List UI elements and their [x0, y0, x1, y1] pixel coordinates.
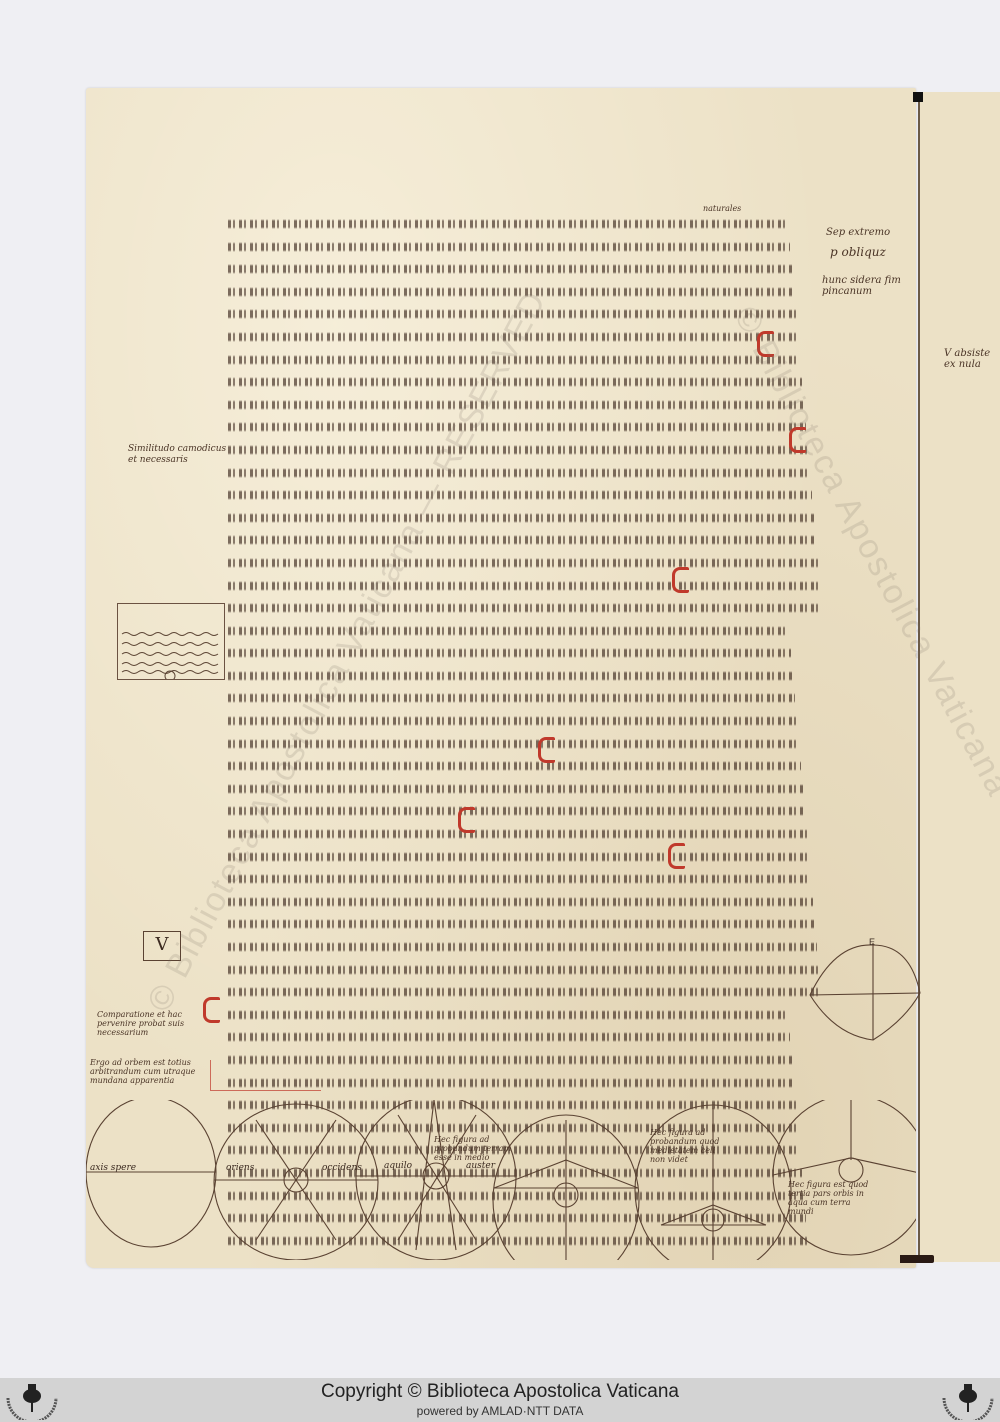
handwriting [228, 874, 811, 884]
rubricated-initial [668, 843, 685, 869]
handwriting [228, 648, 791, 658]
handwriting [228, 1010, 788, 1020]
manuscript-text-line [228, 371, 823, 394]
handwriting [228, 468, 810, 478]
handwriting [228, 581, 820, 591]
handwriting [228, 761, 801, 771]
diagram-caption: Hec figura ad probandum terram esse in m… [434, 1135, 524, 1162]
manuscript-text-line [228, 507, 823, 530]
handwriting [228, 942, 817, 952]
right-margin-note: hunc sidera fim pincanum [822, 275, 902, 297]
rubricated-initial [458, 807, 475, 833]
handwriting [228, 784, 803, 794]
manuscript-text-line [228, 823, 823, 846]
diagram-label: aquilo [384, 1161, 413, 1171]
handwriting [228, 829, 807, 839]
diagram-caption: Hec figura est quod tertia pars orbis in… [788, 1180, 878, 1216]
vatican-library-logo-left [2, 1380, 62, 1420]
manuscript-text-line [228, 981, 823, 1004]
diagram-caption: Hec figura ad probandum quod medietatem … [650, 1128, 725, 1164]
left-margin-note: Comparatione et hac pervenire probat sui… [97, 1010, 217, 1037]
manuscript-text-line [228, 913, 823, 936]
rubricated-initial [538, 737, 555, 763]
left-margin-note: Similitudo camodicus et necessaris [128, 444, 228, 466]
handwriting [228, 400, 804, 410]
manuscript-text-line [228, 1004, 823, 1027]
handwriting [228, 490, 812, 500]
handwriting [228, 422, 806, 432]
manuscript-text-line [228, 891, 823, 914]
manuscript-text-line [228, 484, 823, 507]
manuscript-text-line [228, 258, 823, 281]
manuscript-text-line [228, 778, 823, 801]
powered-by-text: powered by AMLAD·NTT DATA [0, 1404, 1000, 1418]
handwriting [228, 445, 808, 455]
manuscript-text-line [228, 642, 823, 665]
diagram-label: occidens [322, 1163, 362, 1173]
manuscript-text-line [228, 552, 823, 575]
handwriting [228, 626, 789, 636]
right-margin-note: p obliquz [830, 247, 886, 258]
handwriting [228, 987, 821, 997]
manuscript-text-line [228, 213, 823, 236]
bottom-left-note: Ergo ad orbem est totius arbitrandum cum… [90, 1058, 215, 1085]
handwriting [228, 287, 794, 297]
manuscript-text-line [228, 846, 823, 869]
handwriting [228, 513, 814, 523]
wave-lines-drawing [118, 604, 224, 679]
rubric-bracket [210, 1060, 321, 1091]
vatican-library-logo-right [938, 1380, 998, 1420]
manuscript-text-line [228, 620, 823, 643]
manuscript-text-line [228, 575, 823, 598]
handwriting [228, 558, 818, 568]
diagram-label: E [869, 937, 875, 947]
handwriting [228, 1032, 790, 1042]
handwriting [228, 264, 792, 274]
diagram-label: oriens [226, 1163, 255, 1173]
manuscript-text-line [228, 1026, 823, 1049]
handwriting [228, 535, 816, 545]
right-margin-note: Sep extremo [826, 227, 890, 238]
manuscript-text-line [228, 439, 823, 462]
manuscript-text-line [228, 597, 823, 620]
manuscript-text-line [228, 959, 823, 982]
rubricated-initial [672, 567, 689, 593]
diagram-label: axis spere [90, 1163, 136, 1173]
image-viewer[interactable]: naturales Sep extremo p obliquz hunc sid… [0, 0, 1000, 1378]
manuscript-text-line [228, 462, 823, 485]
manuscript-text-line [228, 868, 823, 891]
handwriting [228, 219, 788, 229]
handwriting [228, 377, 802, 387]
handwriting [228, 919, 815, 929]
handwriting [228, 806, 805, 816]
copyright-footer: Copyright © Biblioteca Apostolica Vatica… [0, 1378, 1000, 1422]
handwriting [228, 965, 819, 975]
binding-marker-top [913, 92, 923, 102]
handwriting [228, 603, 822, 613]
handwriting [228, 242, 790, 252]
handwriting [228, 897, 813, 907]
manuscript-text-line [228, 236, 823, 259]
manuscript-text-line [228, 394, 823, 417]
manuscript-text-line [228, 529, 823, 552]
manuscript-text-line [228, 416, 823, 439]
margin-sketch-box [117, 603, 225, 680]
copyright-text: Copyright © Biblioteca Apostolica Vatica… [0, 1381, 1000, 1403]
right-margin-diagram: E [795, 935, 925, 1050]
handwriting [228, 852, 809, 862]
manuscript-text-line [228, 936, 823, 959]
diagram-label: auster [466, 1161, 496, 1171]
manuscript-text-line [228, 755, 823, 778]
facing-page-note: V absiste ex nula [944, 348, 1000, 370]
manuscript-text-line [228, 800, 823, 823]
